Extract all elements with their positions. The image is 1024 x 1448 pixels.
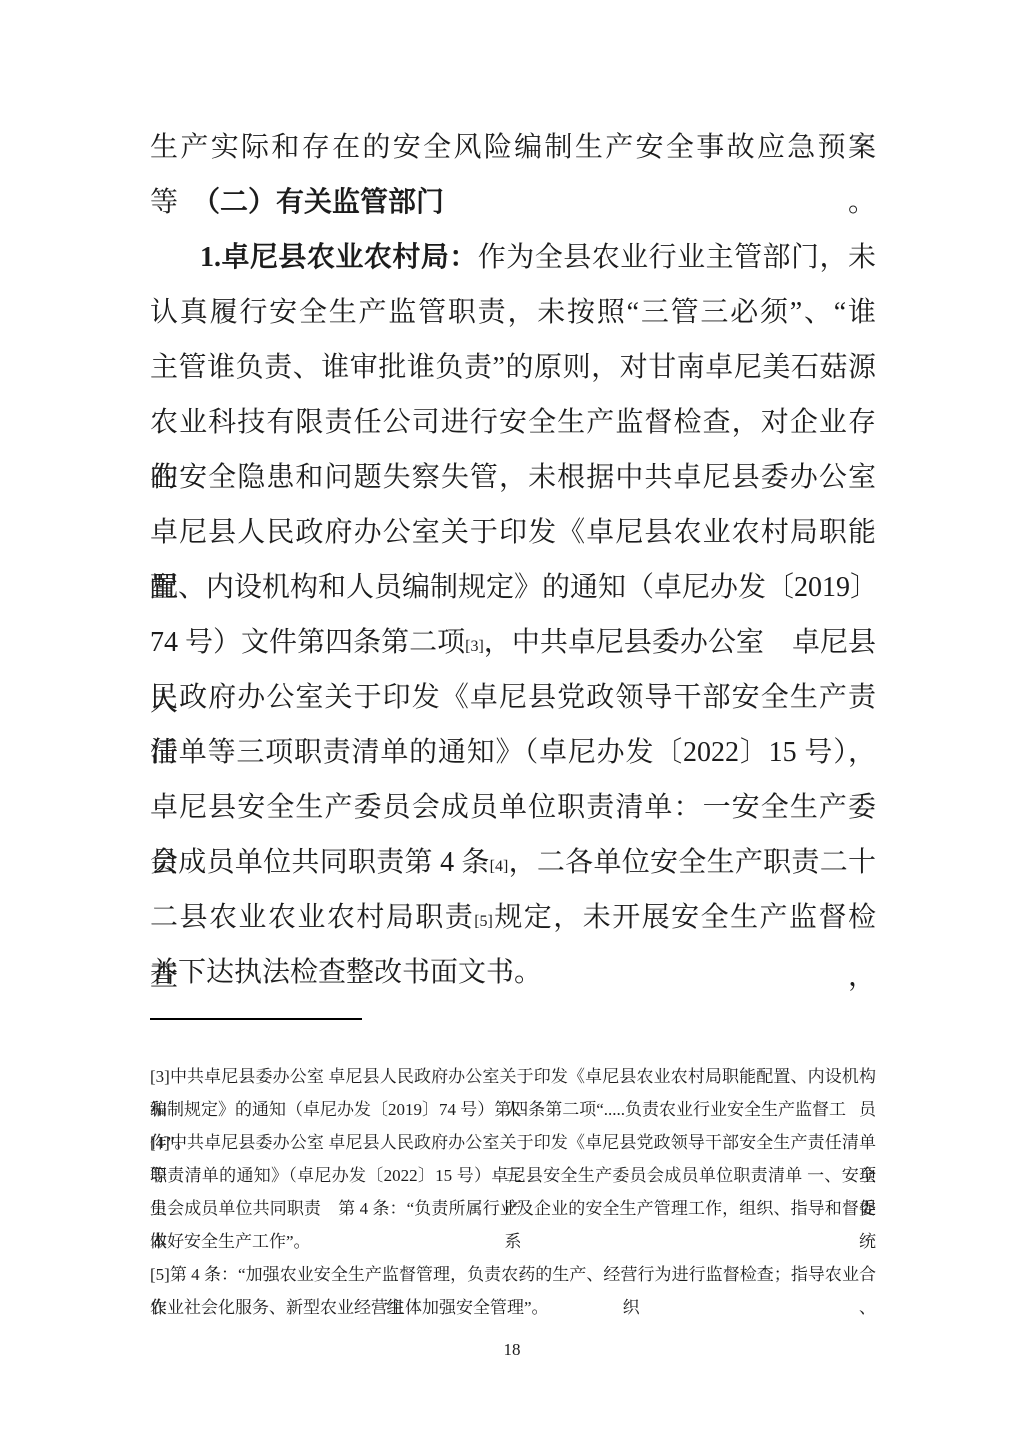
body-line: 置、内设机构和人员编制规定》的通知（卓尼办发〔2019〕	[150, 560, 876, 615]
body-line: 1.卓尼县农业农村局：作为全县农业行业主管部门，未	[150, 230, 876, 285]
footnote-line: [4]中共卓尼县委办公室 卓尼县人民政府办公室关于印发《卓尼县党政领导干部安全生…	[150, 1126, 876, 1159]
footnote-ref-4: [4]	[490, 858, 509, 875]
page-number: 18	[0, 1340, 1024, 1360]
paragraph-lead: 1.卓尼县农业农村局：	[200, 242, 478, 273]
body-line: 生产实际和存在的安全风险编制生产安全事故应急预案等。	[150, 120, 876, 175]
footnote-separator	[150, 1018, 362, 1020]
body-line: 二县农业农业农村局职责[5]规定，未开展安全生产监督检查，	[150, 890, 876, 945]
body-line: 74 号）文件第四条第二项[3]，中共卓尼县委办公室 卓尼县人	[150, 615, 876, 670]
body-line: 卓尼县安全生产委员会成员单位职责清单：一安全生产委员	[150, 780, 876, 835]
body-line: 会成员单位共同职责第 4 条[4]，二各单位安全生产职责二十	[150, 835, 876, 890]
body-text: 生产实际和存在的安全风险编制生产安全事故应急预案等。 （二）有关监管部门 1.卓…	[150, 120, 876, 1000]
body-line: 清单等三项职责清单的通知》（卓尼办发〔2022〕15 号），	[150, 725, 876, 780]
body-line: 的安全隐患和问题失察失管，未根据中共卓尼县委办公室	[150, 450, 876, 505]
footnote-ref-5: [5]	[474, 913, 493, 930]
footnote-ref-3: [3]	[465, 638, 484, 655]
footnote-line: [5]第 4 条：“加强农业安全生产监督管理，负责农药的生产、经营行为进行监督检…	[150, 1258, 876, 1291]
body-line-text: ，二各单位安全生产职责二十	[508, 847, 876, 878]
body-line-text: 74 号）文件第四条第二项	[150, 627, 465, 658]
footnote-line: 编制规定》的通知（卓尼办发〔2019〕74 号）第四条第二项“.....负责农业…	[150, 1093, 876, 1126]
footnote-line: 员会成员单位共同职责 第 4 条：“负责所属行业及企业的安全生产管理工作，组织、…	[150, 1192, 876, 1225]
body-line-text: 作为全县农业行业主管部门，未	[478, 242, 876, 273]
body-line-text: 二县农业农业农村局职责	[150, 902, 474, 933]
body-line: 卓尼县人民政府办公室关于印发《卓尼县农业农村局职能配	[150, 505, 876, 560]
body-line-text: 会成员单位共同职责第 4 条	[150, 847, 490, 878]
footnote-line: [3]中共卓尼县委办公室 卓尼县人民政府办公室关于印发《卓尼县农业农村局职能配置…	[150, 1060, 876, 1093]
body-line: 农业科技有限责任公司进行安全生产监督检查，对企业存在	[150, 395, 876, 450]
footnotes-block: [3]中共卓尼县委办公室 卓尼县人民政府办公室关于印发《卓尼县农业农村局职能配置…	[150, 1060, 876, 1324]
body-line: 民政府办公室关于印发《卓尼县党政领导干部安全生产责任	[150, 670, 876, 725]
document-page: 生产实际和存在的安全风险编制生产安全事故应急预案等。 （二）有关监管部门 1.卓…	[0, 0, 1024, 1448]
body-line: 主管谁负责、谁审批谁负责”的原则，对甘南卓尼美石菇源	[150, 340, 876, 395]
body-line: 认真履行安全生产监管职责，未按照“三管三必须”、“谁	[150, 285, 876, 340]
footnote-line: 职责清单的通知》（卓尼办发〔2022〕15 号）卓尼县安全生产委员会成员单位职责…	[150, 1159, 876, 1192]
